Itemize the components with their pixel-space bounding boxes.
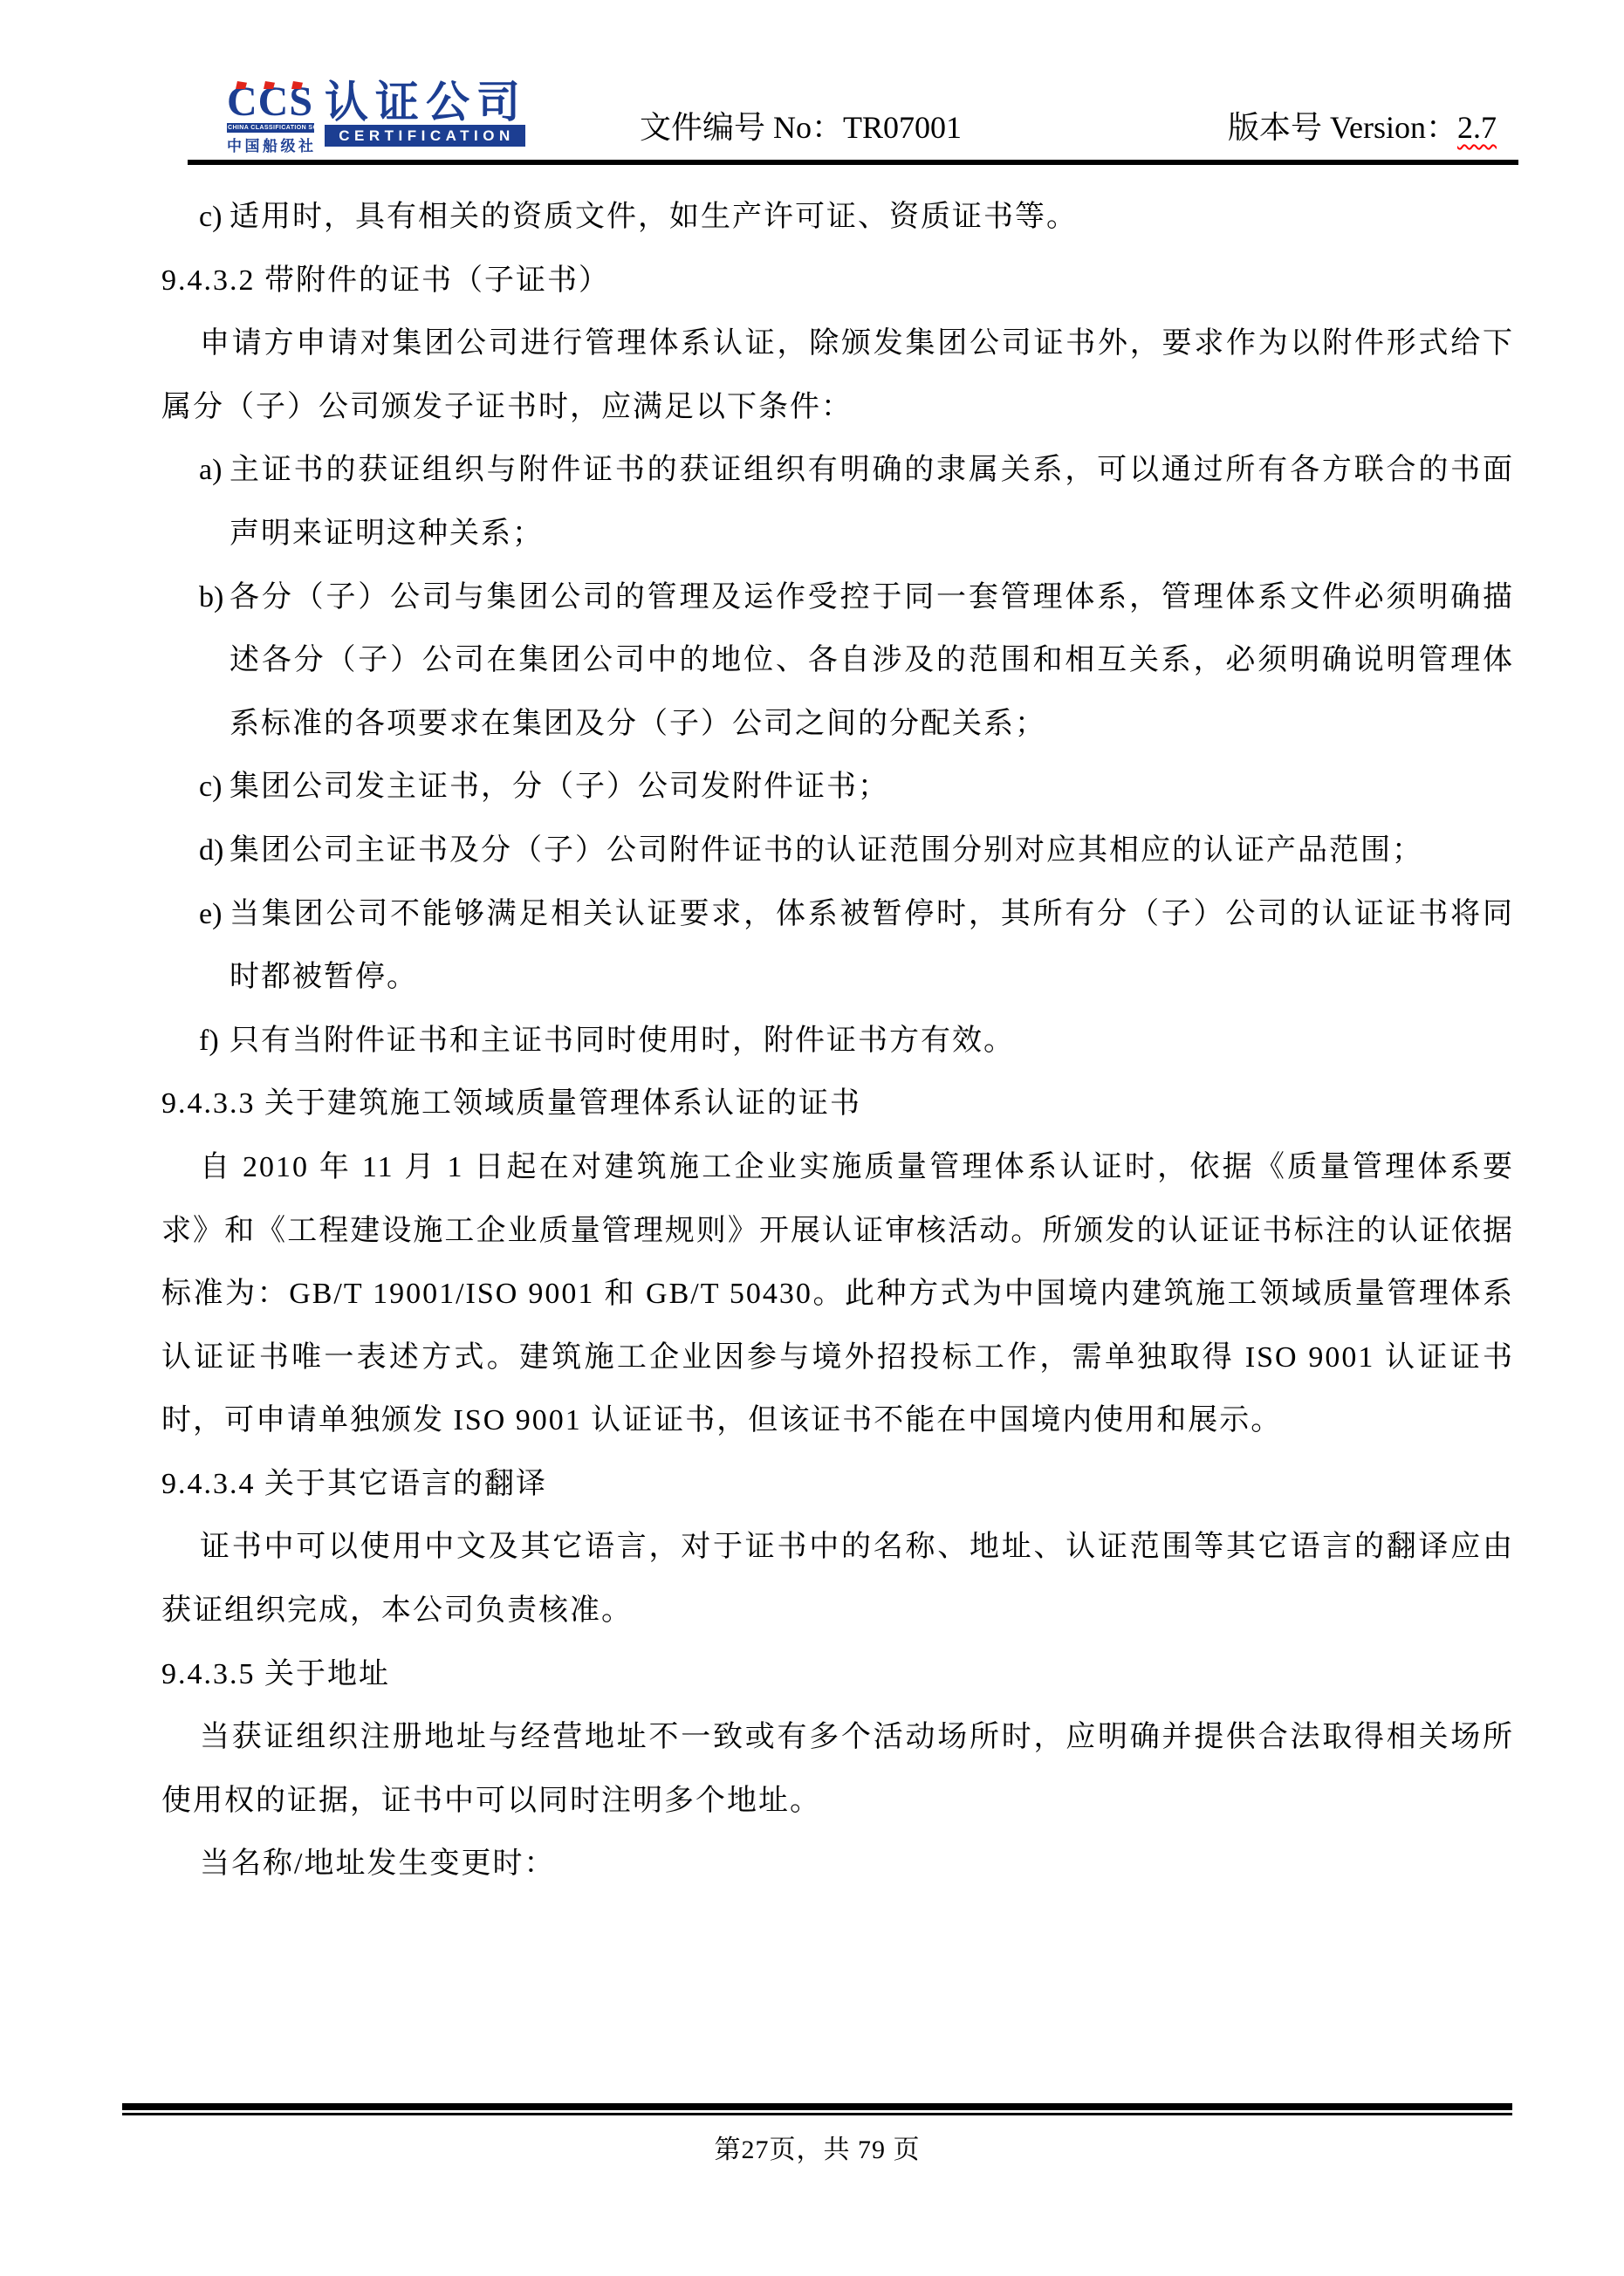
ccs-logo: CCS CHINA CLASSIFICATION SOCIETY 中国船级社 认… xyxy=(227,83,528,153)
logo-certification-bar: CERTIFICATION xyxy=(325,125,525,147)
list-item: e)当集团公司不能够满足相关认证要求，体系被暂停时，其所有分（子）公司的认证证书… xyxy=(161,883,1514,1010)
ccs-logo-right: 认证公司 CERTIFICATION xyxy=(325,83,528,147)
doc-number-label: 文件编号 No： xyxy=(640,110,843,145)
section-heading: 9.4.3.2 带附件的证书（子证书） xyxy=(161,250,1514,313)
list-item-text: 主证书的获证组织与附件证书的获证组织有明确的隶属关系，可以通过所有各方联合的书面… xyxy=(230,454,1514,550)
list-marker: c) xyxy=(199,186,222,250)
doc-version-value: 2.7 xyxy=(1457,110,1497,145)
list-marker: c) xyxy=(199,756,222,819)
list-item-text: 集团公司发主证书，分（子）公司发附件证书； xyxy=(230,771,889,803)
paragraph: 当获证组织注册地址与经营地址不一致或有多个活动场所时，应明确并提供合法取得相关场… xyxy=(161,1706,1514,1833)
list-marker: e) xyxy=(199,883,222,947)
list-item-text: 只有当附件证书和主证书同时使用时，附件证书方有效。 xyxy=(230,1025,1015,1057)
list-item: a)主证书的获证组织与附件证书的获证组织有明确的隶属关系，可以通过所有各方联合的… xyxy=(161,439,1514,566)
list-item-text: 适用时，具有相关的资质文件，如生产许可证、资质证书等。 xyxy=(230,201,1078,233)
paragraph: 自 2010 年 11 月 1 日起在对建筑施工企业实施质量管理体系认证时，依据… xyxy=(161,1136,1514,1453)
list-marker: b) xyxy=(199,566,223,630)
logo-society-cn: 中国船级社 xyxy=(227,134,316,155)
page-number: 第27页，共 79 页 xyxy=(122,2128,1512,2166)
doc-version: 版本号 Version：2.7 xyxy=(1228,110,1497,145)
logo-company-cn: 认证公司 xyxy=(325,83,528,121)
section-heading: 9.4.3.5 关于地址 xyxy=(161,1643,1514,1707)
list-item: c)集团公司发主证书，分（子）公司发附件证书； xyxy=(161,756,1514,819)
list-item: c)适用时，具有相关的资质文件，如生产许可证、资质证书等。 xyxy=(161,186,1514,250)
page-footer: 第27页，共 79 页 xyxy=(122,2103,1512,2166)
list-marker: f) xyxy=(199,1010,219,1073)
list-item: d)集团公司主证书及分（子）公司附件证书的认证范围分别对应其相应的认证产品范围； xyxy=(161,819,1514,883)
list-item-text: 当集团公司不能够满足相关认证要求，体系被暂停时，其所有分（子）公司的认证证书将同… xyxy=(230,898,1514,994)
header-divider xyxy=(188,160,1518,165)
list-item: f)只有当附件证书和主证书同时使用时，附件证书方有效。 xyxy=(161,1010,1514,1073)
ccs-wordmark: CCS xyxy=(227,83,316,121)
section-heading: 9.4.3.3 关于建筑施工领域质量管理体系认证的证书 xyxy=(161,1073,1514,1136)
document-page: CCS CHINA CLASSIFICATION SOCIETY 中国船级社 认… xyxy=(0,0,1624,2276)
section-heading: 9.4.3.4 关于其它语言的翻译 xyxy=(161,1453,1514,1517)
footer-divider xyxy=(122,2103,1512,2115)
doc-version-label: 版本号 Version： xyxy=(1228,110,1457,145)
paragraph: 申请方申请对集团公司进行管理体系认证，除颁发集团公司证书外，要求作为以附件形式给… xyxy=(161,312,1514,439)
doc-number-value: TR07001 xyxy=(843,110,962,145)
ccs-logo-left: CCS CHINA CLASSIFICATION SOCIETY 中国船级社 xyxy=(227,83,316,155)
list-marker: a) xyxy=(199,439,222,503)
list-marker: d) xyxy=(199,819,223,883)
list-item-text: 集团公司主证书及分（子）公司附件证书的认证范围分别对应其相应的认证产品范围； xyxy=(230,834,1423,867)
paragraph: 证书中可以使用中文及其它语言，对于证书中的名称、地址、认证范围等其它语言的翻译应… xyxy=(161,1516,1514,1642)
doc-number: 文件编号 No：TR07001 xyxy=(640,110,962,145)
page-header: CCS CHINA CLASSIFICATION SOCIETY 中国船级社 认… xyxy=(0,0,1624,165)
paragraph: 当名称/地址发生变更时： xyxy=(161,1833,1514,1896)
list-item: b)各分（子）公司与集团公司的管理及运作受控于同一套管理体系，管理体系文件必须明… xyxy=(161,566,1514,757)
document-body: c)适用时，具有相关的资质文件，如生产许可证、资质证书等。9.4.3.2 带附件… xyxy=(161,186,1514,1896)
list-item-text: 各分（子）公司与集团公司的管理及运作受控于同一套管理体系，管理体系文件必须明确描… xyxy=(230,581,1514,740)
